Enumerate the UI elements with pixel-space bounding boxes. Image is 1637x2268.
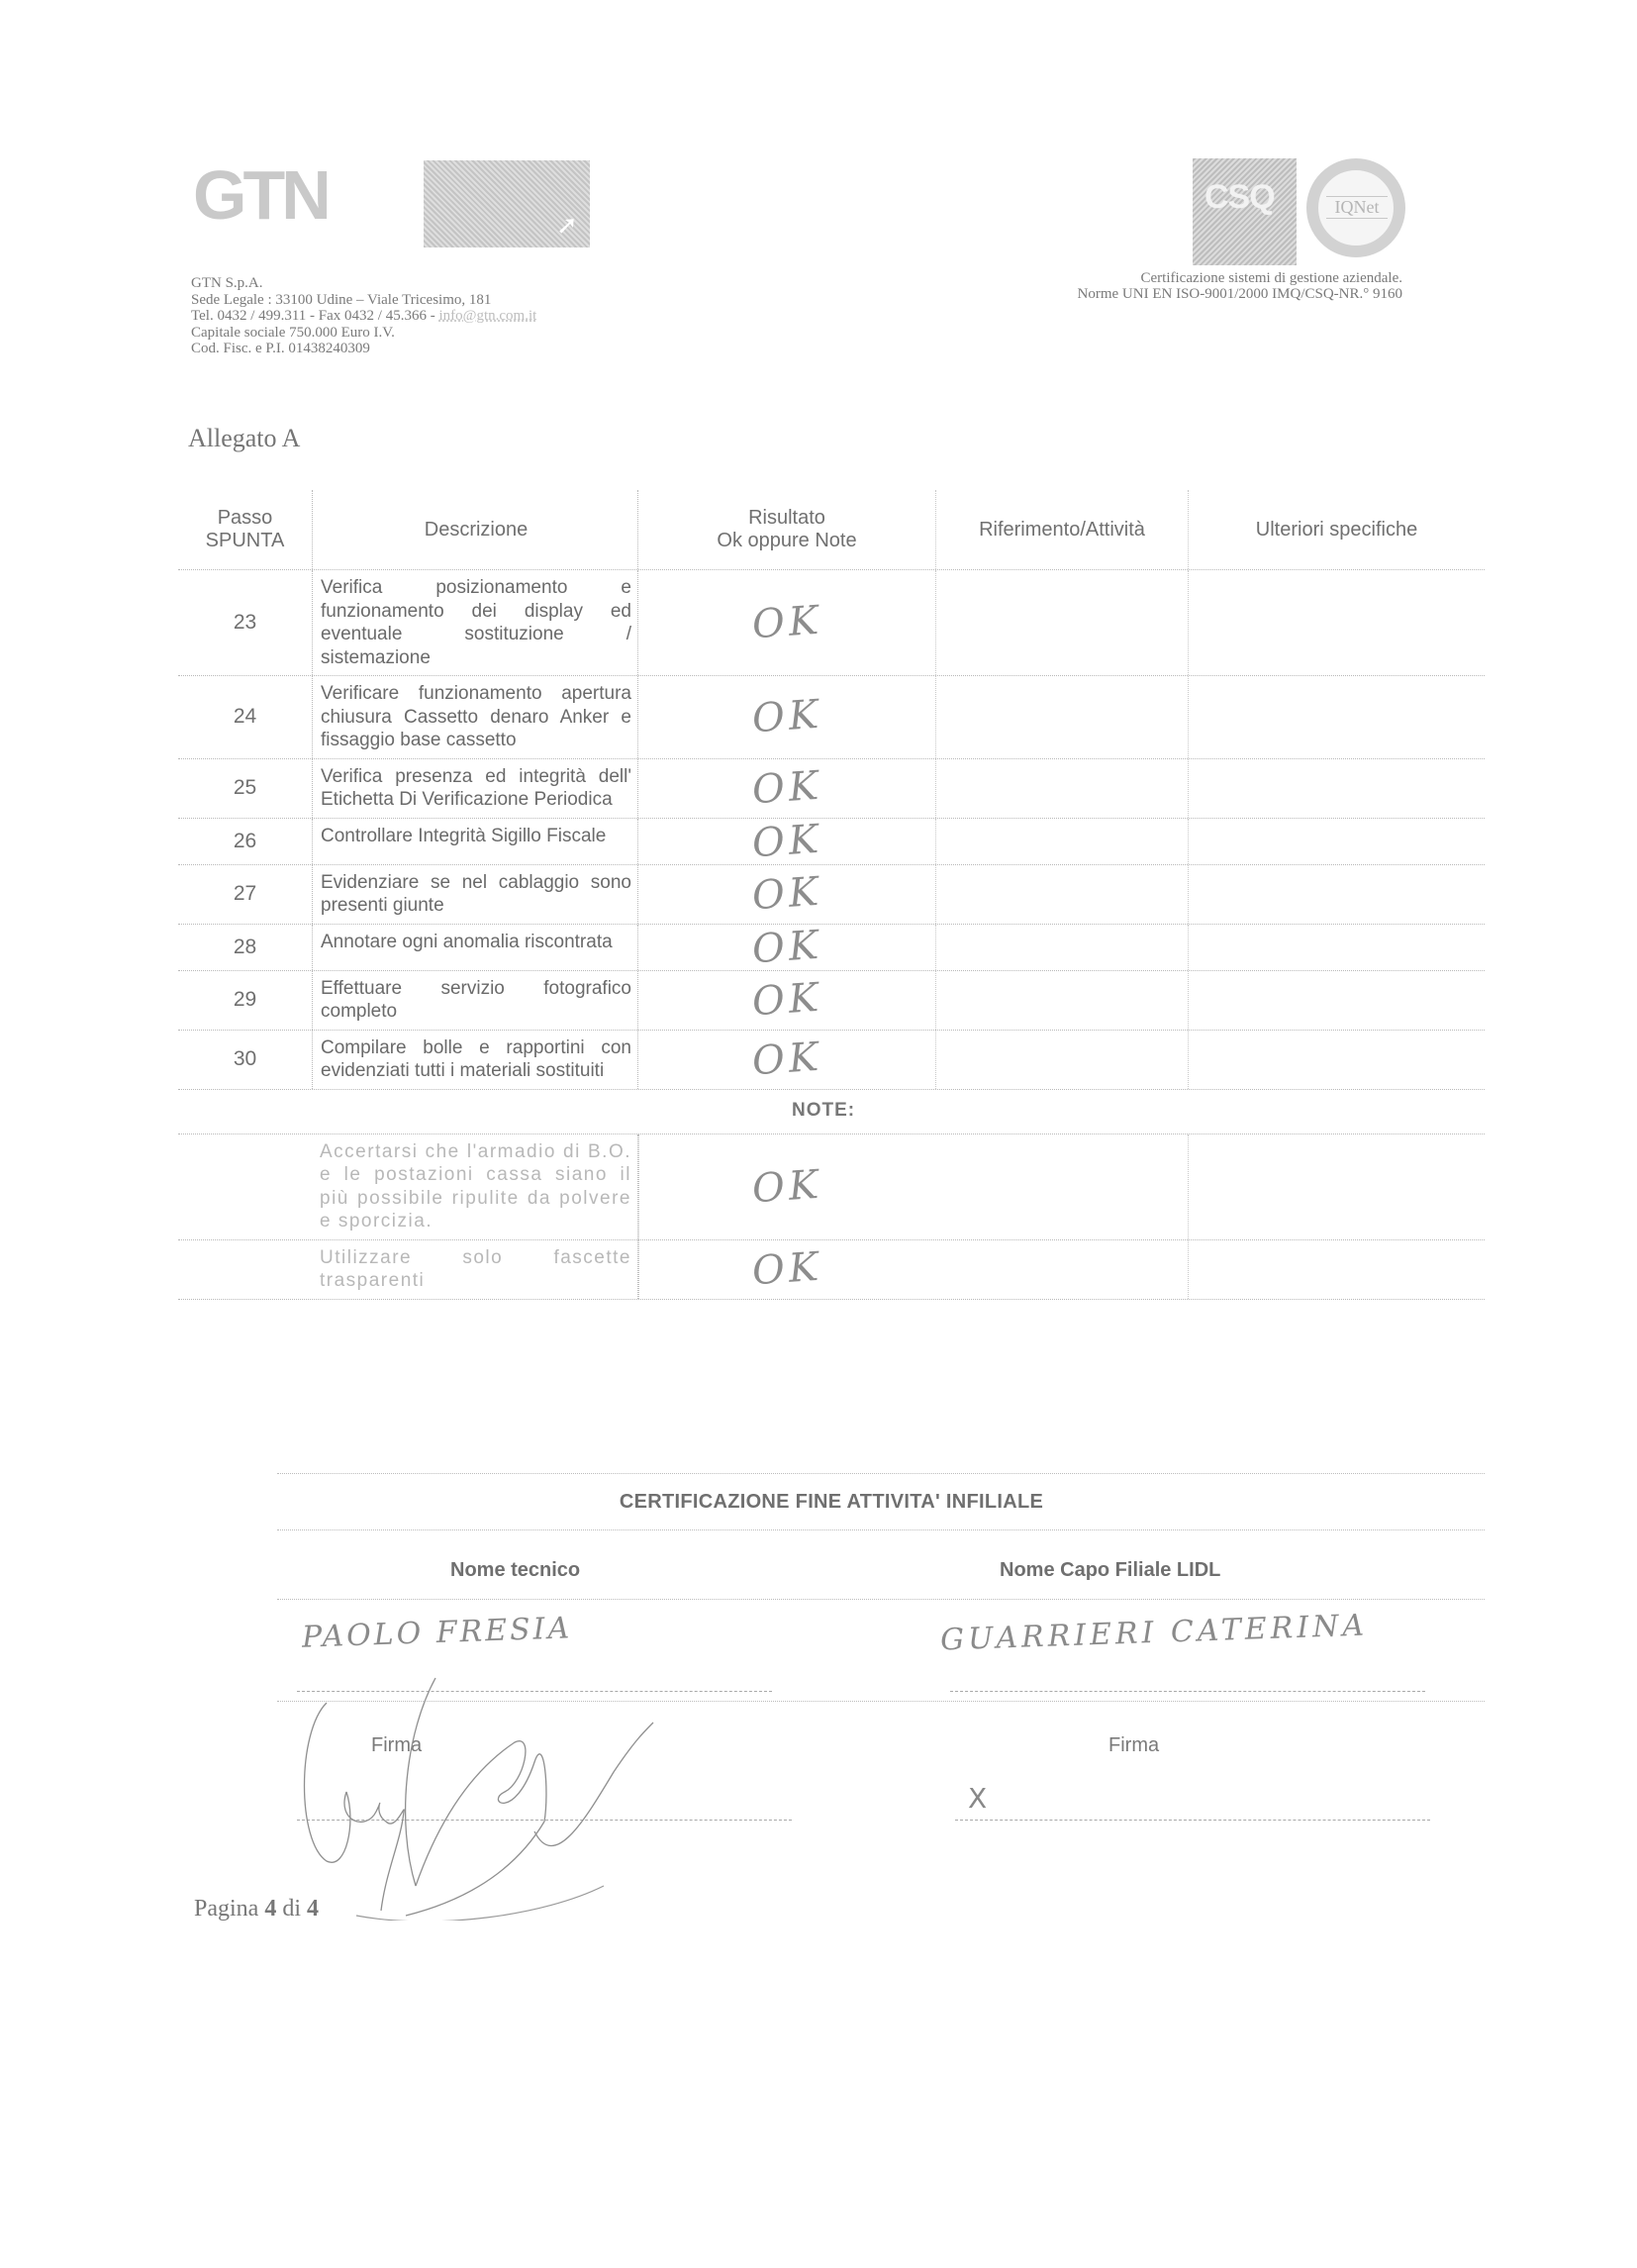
step-result: OK — [638, 759, 935, 818]
handwritten-result: OK — [750, 816, 823, 866]
step-description: Effettuare servizio fotografico completo — [312, 971, 638, 1030]
step-description: Verifica posizionamento e funzionamento … — [312, 570, 638, 675]
company-line: Sede Legale : 33100 Udine – Viale Trices… — [191, 292, 536, 309]
step-reference — [935, 676, 1188, 758]
iqnet-logo-text: IQNet — [1326, 196, 1388, 219]
step-result: OK — [638, 676, 935, 758]
certification-title: CERTIFICAZIONE FINE ATTIVITA' INFILIALE — [178, 1491, 1485, 1514]
step-number: 25 — [178, 759, 312, 818]
table-row: 26Controllare Integrità Sigillo FiscaleO… — [178, 819, 1485, 865]
step-description: Annotare ogni anomalia riscontrata — [312, 925, 638, 970]
certification-info: Certificazione sistemi di gestione azien… — [1078, 270, 1402, 302]
divider — [277, 1529, 1485, 1530]
company-info: GTN S.p.A. Sede Legale : 33100 Udine – V… — [191, 275, 536, 357]
company-line: GTN S.p.A. — [191, 275, 536, 292]
manager-name-handwritten: GUARRIERI CATERINA — [940, 1608, 1369, 1657]
step-further — [1188, 925, 1485, 970]
note-reference — [935, 1134, 1188, 1239]
manager-name-line — [950, 1691, 1425, 1692]
header-result: RisultatoOk oppure Note — [638, 490, 935, 569]
step-number: 27 — [178, 865, 312, 924]
handwritten-result: OK — [750, 869, 823, 920]
table-row: 30Compilare bolle e rapportini con evide… — [178, 1031, 1485, 1090]
manager-label: Nome Capo Filiale LIDL — [1000, 1559, 1220, 1582]
handwritten-result: OK — [750, 922, 823, 972]
extra-rows: Accertarsi che l'armadio di B.O. e le po… — [178, 1134, 1485, 1300]
note-further — [1188, 1134, 1485, 1239]
step-result: OK — [638, 819, 935, 864]
note-spacer — [178, 1134, 312, 1239]
step-number: 23 — [178, 570, 312, 675]
step-description: Verificare funzionamento apertura chiusu… — [312, 676, 638, 758]
step-further — [1188, 759, 1485, 818]
note-description: Utilizzare solo fascette trasparenti — [312, 1240, 638, 1299]
header-reference: Riferimento/Attività — [935, 490, 1188, 569]
step-number: 24 — [178, 676, 312, 758]
step-further — [1188, 971, 1485, 1030]
handwritten-result: OK — [750, 692, 823, 742]
page-title: Allegato A — [188, 424, 300, 453]
note-spacer — [178, 1240, 312, 1299]
checklist-table: PassoSPUNTA Descrizione RisultatoOk oppu… — [178, 490, 1485, 1300]
step-description: Evidenziare se nel cablaggio sono presen… — [312, 865, 638, 924]
iqnet-logo: IQNet — [1306, 158, 1405, 257]
company-website-link[interactable]: info@gtn.com.it — [438, 308, 536, 324]
step-number: 28 — [178, 925, 312, 970]
divider — [277, 1599, 1485, 1600]
step-description: Controllare Integrità Sigillo Fiscale — [312, 819, 638, 864]
handwritten-result: OK — [750, 763, 823, 814]
step-number: 30 — [178, 1031, 312, 1089]
step-further — [1188, 865, 1485, 924]
step-result: OK — [638, 570, 935, 675]
notes-label: NOTE: — [792, 1100, 855, 1122]
step-reference — [935, 1031, 1188, 1089]
header-step: PassoSPUNTA — [178, 490, 312, 569]
page-number: Pagina 4 di 4 — [194, 1896, 319, 1923]
note-description: Accertarsi che l'armadio di B.O. e le po… — [312, 1134, 638, 1239]
table-body: 23Verifica posizionamento e funzionament… — [178, 570, 1485, 1090]
step-reference — [935, 570, 1188, 675]
csq-logo-text: CSQ — [1204, 178, 1275, 217]
table-row: 27Evidenziare se nel cablaggio sono pres… — [178, 865, 1485, 925]
step-reference — [935, 971, 1188, 1030]
step-further — [1188, 570, 1485, 675]
divider — [277, 1473, 1485, 1474]
step-further — [1188, 819, 1485, 864]
company-line: Cod. Fisc. e P.I. 01438240309 — [191, 341, 536, 357]
step-result: OK — [638, 1031, 935, 1089]
step-reference — [935, 819, 1188, 864]
handwritten-result: OK — [751, 1161, 824, 1212]
step-reference — [935, 925, 1188, 970]
header-further: Ulteriori specifiche — [1188, 490, 1485, 569]
table-row: 28Annotare ogni anomalia riscontrataOK — [178, 925, 1485, 971]
handwritten-result: OK — [750, 975, 823, 1026]
step-description: Verifica presenza ed integrità dell' Eti… — [312, 759, 638, 818]
table-row: 24Verificare funzionamento apertura chiu… — [178, 676, 1485, 759]
handwritten-result: OK — [750, 598, 823, 648]
step-description: Compilare bolle e rapportini con evidenz… — [312, 1031, 638, 1089]
manager-signature-label: Firma — [1108, 1734, 1159, 1757]
step-reference — [935, 759, 1188, 818]
step-result: OK — [638, 971, 935, 1030]
certification-line: Norme UNI EN ISO-9001/2000 IMQ/CSQ-NR.° … — [1078, 286, 1402, 302]
note-row: Utilizzare solo fascette trasparentiOK — [178, 1240, 1485, 1300]
table-header-row: PassoSPUNTA Descrizione RisultatoOk oppu… — [178, 490, 1485, 570]
step-result: OK — [638, 865, 935, 924]
certification-line: Certificazione sistemi di gestione azien… — [1078, 270, 1402, 286]
note-reference — [935, 1240, 1188, 1299]
table-row: 29Effettuare servizio fotografico comple… — [178, 971, 1485, 1031]
step-further — [1188, 1031, 1485, 1089]
step-reference — [935, 865, 1188, 924]
arrow-icon: ➚ — [556, 214, 580, 238]
step-further — [1188, 676, 1485, 758]
header-description: Descrizione — [312, 490, 638, 569]
handwritten-result: OK — [751, 1244, 824, 1295]
technician-signature-scribble — [287, 1673, 821, 1921]
csq-logo: CSQ — [1193, 158, 1297, 265]
table-row: 25Verifica presenza ed integrità dell' E… — [178, 759, 1485, 819]
manager-signature-line — [955, 1820, 1430, 1821]
signature-x-mark: X — [968, 1782, 987, 1815]
gtn-logo-emblem: ➚ — [424, 160, 590, 247]
gtn-logo-text: GTN — [193, 160, 328, 230]
note-further — [1188, 1240, 1485, 1299]
step-number: 29 — [178, 971, 312, 1030]
company-line: Capitale sociale 750.000 Euro I.V. — [191, 325, 536, 342]
step-number: 26 — [178, 819, 312, 864]
notes-row: NOTE: — [178, 1090, 1485, 1134]
step-result: OK — [638, 925, 935, 970]
table-row: 23Verifica posizionamento e funzionament… — [178, 570, 1485, 676]
technician-name-handwritten: PAOLO FRESIA — [301, 1611, 572, 1655]
gtn-logo: GTN — [193, 158, 421, 238]
technician-label: Nome tecnico — [450, 1559, 580, 1582]
note-row: Accertarsi che l'armadio di B.O. e le po… — [178, 1134, 1485, 1240]
note-result: OK — [638, 1134, 935, 1239]
company-line: Tel. 0432 / 499.311 - Fax 0432 / 45.366 … — [191, 308, 536, 325]
note-result: OK — [638, 1240, 935, 1299]
handwritten-result: OK — [750, 1035, 823, 1085]
